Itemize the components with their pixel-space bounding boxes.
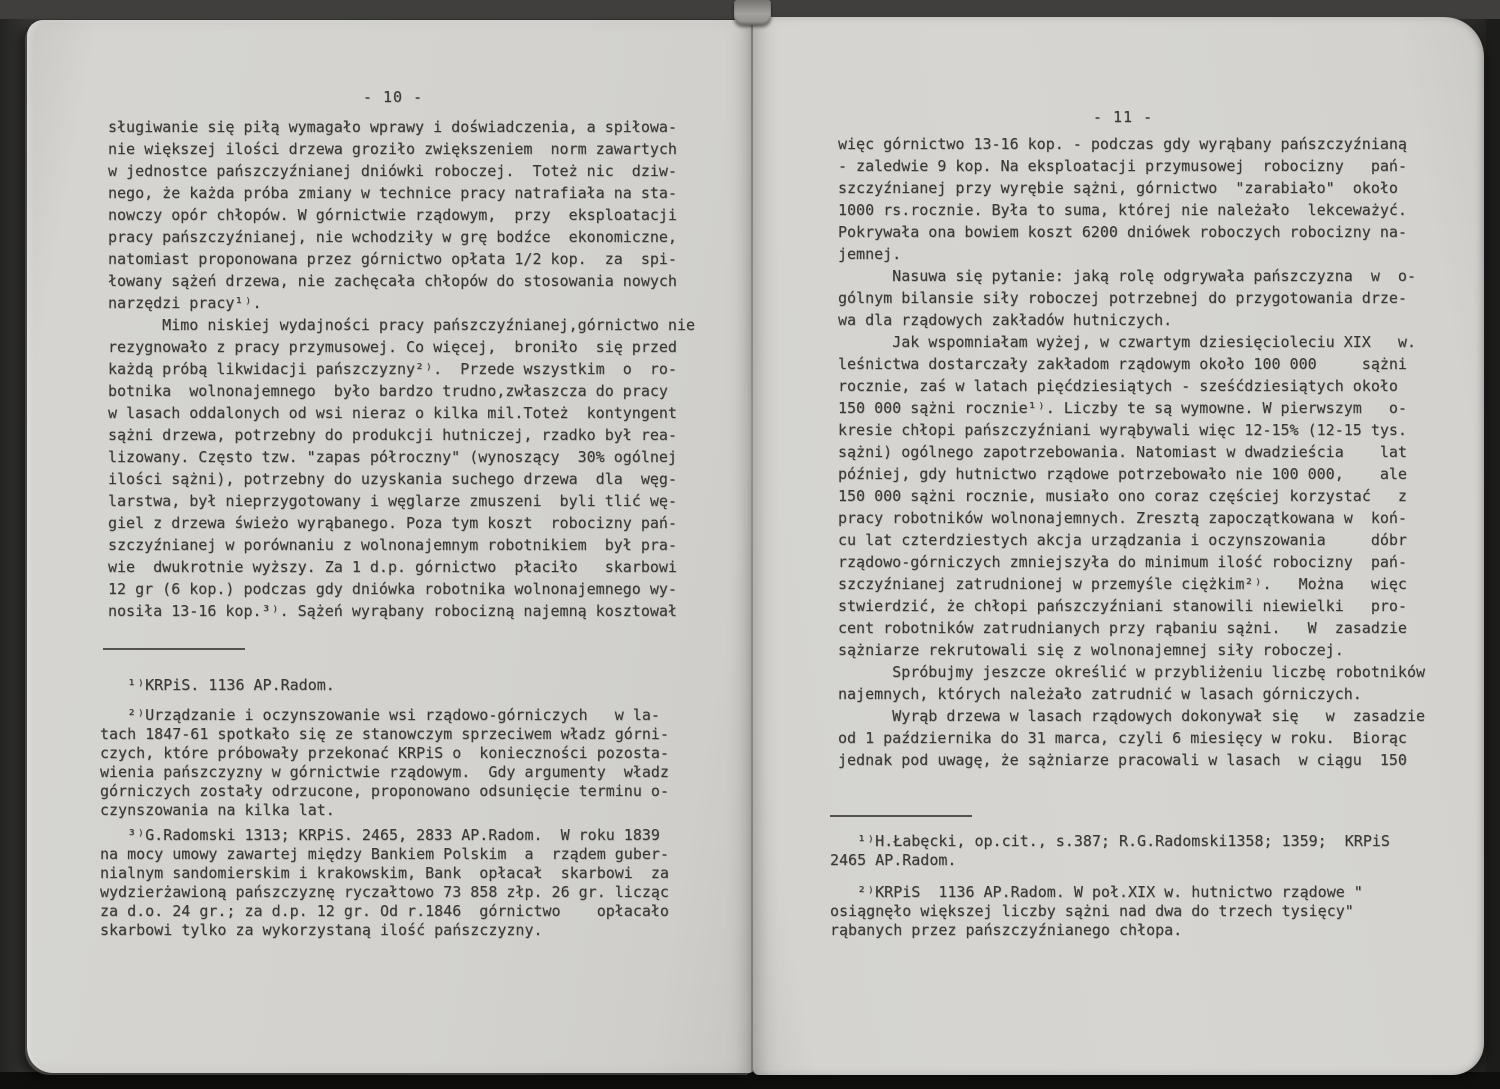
text-line: narzędzi pracy¹⁾. [108,292,695,314]
text-line: ³⁾G.Radomski 1313; KRPiS. 2465, 2833 AP.… [100,826,669,845]
text-line: czych, które próbowały przekonać KRPiS o… [100,744,669,763]
footnote-3-left: ³⁾G.Radomski 1313; KRPiS. 2465, 2833 AP.… [100,826,669,940]
page-right-body: więc górnictwo 13-16 kop. - podczas gdy … [838,133,1425,771]
scan-right-strip [1486,19,1500,1072]
text-line: cu lat czterdziestych akcja urządzania i… [838,529,1425,551]
footnote-2-right: ²⁾KRPiS 1136 AP.Radom. W poł.XIX w. hutn… [830,883,1363,940]
text-line: pracy robotników wolnonajemnych. Zresztą… [838,507,1425,529]
text-line: wie dwukrotnie wyższy. Za 1 d.p. górnict… [108,556,695,578]
text-line: Spróbujmy jeszcze określić w przybliżeni… [838,661,1425,683]
footnote-separator-right [830,815,972,817]
page-left: - 10 - sługiwanie się piłą wymagało wpra… [27,20,753,1073]
text-line: lizowany. Często tzw. "zapas półroczny" … [108,446,695,468]
text-line: później, gdy hutnictwo rządowe potrzebow… [838,463,1425,485]
text-line: rezygnowało z pracy przymusowej. Co więc… [108,336,695,358]
text-line: nego, że każda próba zmiany w technice p… [108,182,695,204]
text-line: szczyźnianej zatrudnionej w przemyśle ci… [838,573,1425,595]
text-line: ¹⁾H.Łabęcki, op.cit., s.387; R.G.Radomsk… [830,832,1390,851]
text-line: nosiła 13-16 kop.³⁾. Sążeń wyrąbany robo… [108,600,695,622]
text-line: ²⁾KRPiS 1136 AP.Radom. W poł.XIX w. hutn… [830,883,1363,902]
text-line: tach 1847-61 spotkało się ze stanowczym … [100,725,669,744]
footnote-1-left: ¹⁾KRPiS. 1136 AP.Radom. [100,676,335,695]
text-line: Mimo niskiej wydajności pracy pańszczyźn… [108,314,695,336]
text-line: więc górnictwo 13-16 kop. - podczas gdy … [838,133,1425,155]
text-line: najemnych, których należało zatrudnić w … [838,683,1425,705]
text-line: 12 gr (6 kop.) podczas gdy dniówka robot… [108,578,695,600]
text-line: gólnym bilansie siły roboczej potrzebnej… [838,287,1425,309]
text-line: na mocy umowy zawartej między Bankiem Po… [100,845,669,864]
text-line: leśnictwa dostarczały zakładom rządowym … [838,353,1425,375]
book-scan: - 10 - sługiwanie się piłą wymagało wpra… [0,0,1500,1089]
footnote-2-left: ²⁾Urządzanie i oczynszowanie wsi rządowo… [100,706,669,820]
text-line: ilości sążni), potrzebny do uzyskania su… [108,468,695,490]
text-line: każdą próbą likwidacji pańszczyzny²⁾. Pr… [108,358,695,380]
text-line: natomiast proponowana przez górnictwo op… [108,248,695,270]
text-line: stwierdzić, że chłopi pańszczyźniani sta… [838,595,1425,617]
text-line: wydzierżawioną pańszczyznę ryczałtowo 73… [100,883,669,902]
text-line: osiągnęło większej liczby sążni nad dwa … [830,902,1363,921]
text-line: 150 000 sążni rocznie¹⁾. Liczby te są wy… [838,397,1425,419]
text-line: Jak wspomniałam wyżej, w czwartym dziesi… [838,331,1425,353]
footnote-1-right: ¹⁾H.Łabęcki, op.cit., s.387; R.G.Radomsk… [830,832,1390,870]
text-line: nialnym sandomierskim i krakowskim, Bank… [100,864,669,883]
text-line: rocznie, zaś w latach pięćdziesiątych - … [838,375,1425,397]
page-number-left: - 10 - [108,86,678,108]
text-line: rządowo-górniczych zmniejszyła do minimu… [838,551,1425,573]
text-line: ²⁾Urządzanie i oczynszowanie wsi rządowo… [100,706,669,725]
text-line: pracy pańszczyźnianej, nie wchodziły w g… [108,226,695,248]
page-gutter [751,19,753,1072]
text-line: kresie chłopi pańszczyźniani wyrąbywali … [838,419,1425,441]
text-line: 2465 AP.Radom. [830,851,1390,870]
text-line: łowany sążeń drzewa, nie zachęcała chłop… [108,270,695,292]
text-line: jednak pod uwagę, że sążniarze pracowali… [838,749,1425,771]
text-line: w jednostce pańszczyźnianej dniówki robo… [108,160,695,182]
text-line: szczyźnianej w porównaniu z wolnonajemny… [108,534,695,556]
text-line: ¹⁾KRPiS. 1136 AP.Radom. [100,676,335,695]
text-line: sążni) ogólnego zapotrzebowania. Natomia… [838,441,1425,463]
text-line: w lasach oddalonych od wsi nieraz o kilk… [108,402,695,424]
text-line: cent robotników zatrudnianych przy rąban… [838,617,1425,639]
text-line: 150 000 sążni rocznie, musiało ono coraz… [838,485,1425,507]
page-left-body: sługiwanie się piłą wymagało wprawy i do… [108,116,695,622]
text-line: 1000 rs.rocznie. Była to suma, której ni… [838,199,1425,221]
text-line: sługiwanie się piłą wymagało wprawy i do… [108,116,695,138]
text-line: Wyrąb drzewa w lasach rządowych dokonywa… [838,705,1425,727]
text-line: nie większej ilości drzewa groziło zwięk… [108,138,695,160]
text-line: szczyźnianej przy wyrębie sążni, górnict… [838,177,1425,199]
text-line: larstwa, był nieprzygotowany i węglarze … [108,490,695,512]
text-line: nowczy opór chłopów. W górnictwie rządow… [108,204,695,226]
text-line: giel z drzewa świeżo wyrąbanego. Poza ty… [108,512,695,534]
page-right: - 11 - więc górnictwo 13-16 kop. - podcz… [753,17,1484,1075]
page-number-right: - 11 - [838,106,1408,128]
text-line: czynszowania na kilka lat. [100,801,669,820]
text-line: botnika wolnonajemnego było bardzo trudn… [108,380,695,402]
text-line: od 1 października do 31 marca, czyli 6 m… [838,727,1425,749]
text-line: sążni drzewa, potrzebny do produkcji hut… [108,424,695,446]
text-line: górniczych zostały odrzucone, proponowan… [100,782,669,801]
text-line: wienia pańszczyzny w górnictwie rządowym… [100,763,669,782]
text-line: Nasuwa się pytanie: jaką rolę odgrywała … [838,265,1425,287]
text-line: - zaledwie 9 kop. Na eksploatacji przymu… [838,155,1425,177]
text-line: Pokrywała ona bowiem koszt 6200 dniówek … [838,221,1425,243]
text-line: sążniarze rekrutowali się z wolnonajemne… [838,639,1425,661]
footnote-separator-left [103,648,245,650]
binding-clip [734,0,771,25]
text-line: jemnej. [838,243,1425,265]
text-line: rąbanych przez pańszczyźnianego chłopa. [830,921,1363,940]
text-line: skarbowi tylko za wykorzystaną ilość pań… [100,921,669,940]
text-line: wa dla rządowych zakładów hutniczych. [838,309,1425,331]
text-line: za d.o. 24 gr.; za d.p. 12 gr. Od r.1846… [100,902,669,921]
